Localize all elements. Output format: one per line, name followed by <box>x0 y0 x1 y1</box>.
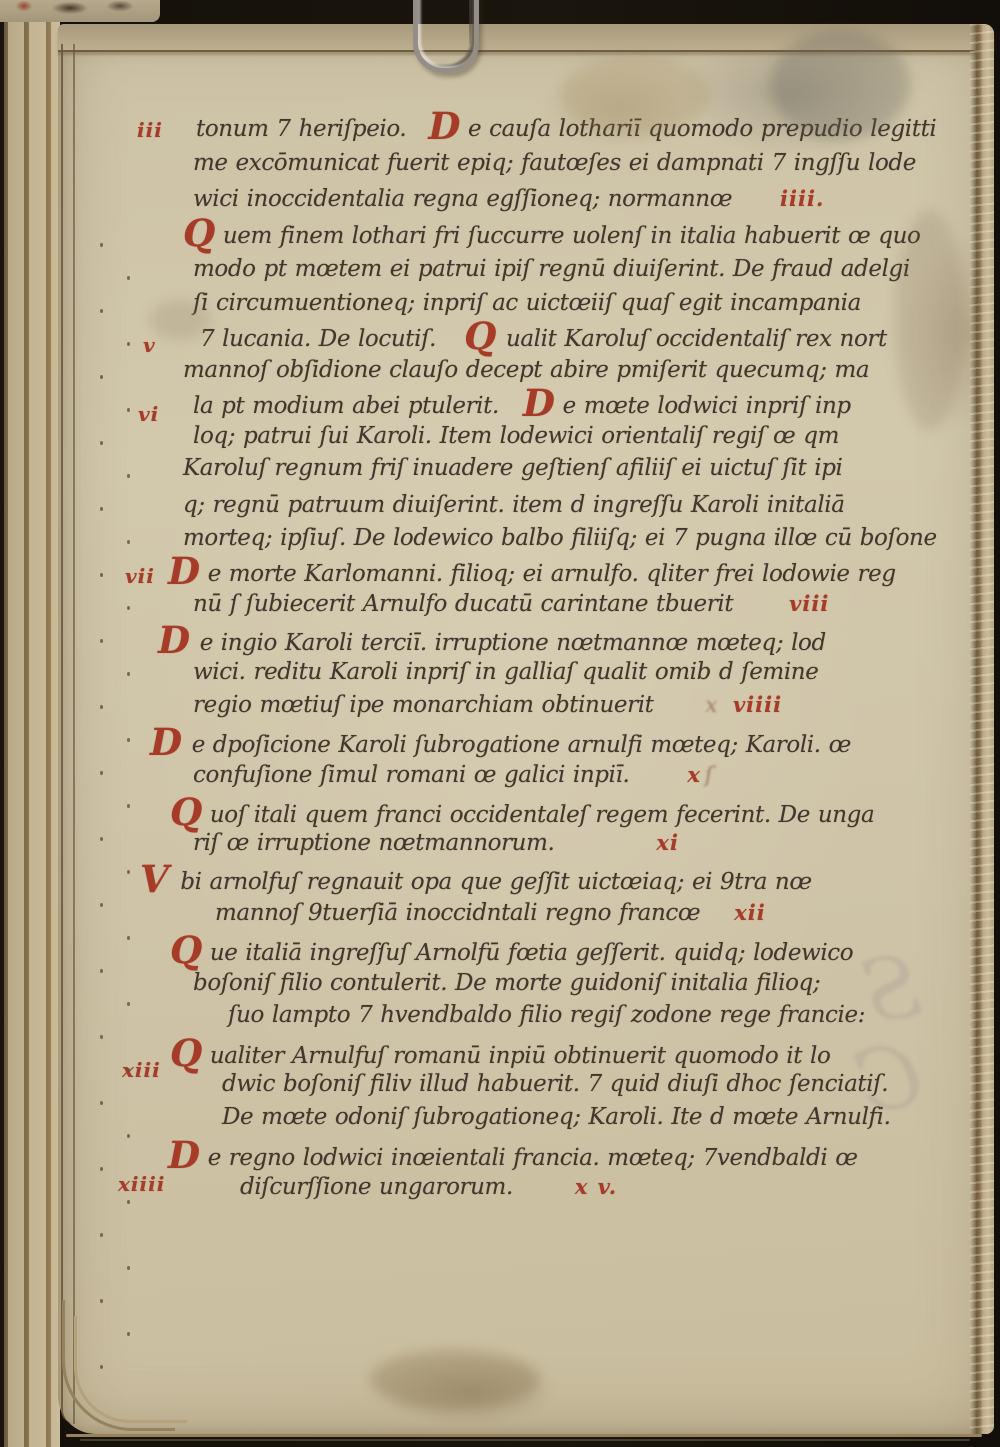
text-line: modo pt mœtem ei patrui ipiſ regnū diuiſ… <box>193 256 910 282</box>
pricking-dot <box>100 573 103 577</box>
pricking-dot <box>100 1167 103 1171</box>
rubric-initial: Q <box>170 802 202 822</box>
line-text: nū ſ ſubiecerit Arnulfo ducatū carintane… <box>193 591 733 617</box>
pricking-dot <box>127 1002 130 1006</box>
text-line: tonum 7 heriſpeio.De cauſa lothariī quom… <box>196 113 936 142</box>
text-line: Que italiā ingreſſuſ Arnolfū fœtia geſſe… <box>170 937 853 966</box>
text-line: Karoluſ regnum friſ inuadere geſtienſ af… <box>183 455 842 481</box>
manuscript-page: iiitonum 7 heriſpeio.De cauſa lothariī q… <box>58 24 994 1434</box>
pricking-dot <box>127 1266 130 1270</box>
line-text: ſuo lampto 7 hvendbaldo filio regiſ zodo… <box>228 1002 865 1028</box>
text-line: 7 lucania. De locutiſ.Qualit Karoluſ occ… <box>200 323 887 352</box>
chapter-number-margin: xiiii <box>118 1172 165 1196</box>
page-right-edge <box>970 24 994 1434</box>
pricking-dot <box>100 507 103 511</box>
pricking-dot <box>100 903 103 907</box>
page-top-edge <box>58 24 994 52</box>
text-line: mannoſ obſidione clauſo decept abire pmi… <box>183 357 869 383</box>
line-text: wici inoccidentalia regna egſſioneq; nor… <box>193 186 732 212</box>
rubric-initial: Q <box>170 1043 202 1063</box>
line-text: ualit Karoluſ occidentaliſ rex nort <box>506 326 887 352</box>
pricking-dot <box>127 1068 130 1072</box>
line-text: uoſ itali quem franci occidentaleſ regem… <box>210 802 874 828</box>
bottom-page-edge <box>66 1434 982 1437</box>
chapter-number-margin: v <box>143 333 156 357</box>
pricking-dot <box>100 1035 103 1039</box>
line-text: confuſione ſimul romani œ galici inpiī. <box>193 762 629 788</box>
text-line: De ingio Karoli terciī. irruptione nœtma… <box>158 627 826 656</box>
chapter-number-margin: iii <box>137 118 163 142</box>
line-text: morteq; ipſiuſ. De lodewico balbo filiiſ… <box>183 525 937 551</box>
text-line: loq; patrui ſui Karoli. Item lodewici or… <box>193 423 839 449</box>
line-text: boſoniſ filio contulerit. De morte guido… <box>193 970 820 996</box>
line-text: e cauſa lothariī quomodo prepudio legitt… <box>468 116 936 142</box>
bottom-page-shadow <box>80 1439 970 1441</box>
line-text: regio mœtiuſ ipe monarchiam obtinuerit <box>193 692 654 718</box>
line-text: Karoluſ regnum friſ inuadere geſtienſ af… <box>183 455 842 481</box>
pricking-dot <box>127 936 130 940</box>
rubric-initial: D <box>428 116 460 136</box>
text-line: Quoſ itali quem franci occidentaleſ rege… <box>170 799 874 828</box>
pricking-dot <box>100 243 103 247</box>
rubric-initial: D <box>168 561 200 581</box>
pricking-dot <box>100 1233 103 1237</box>
text-line: me excōmunicat fuerit epiq; fautœſes ei … <box>193 150 916 176</box>
text-line: Vbi arnolfuſ regnauit opa que geſſit uic… <box>140 866 812 895</box>
text-line: confuſione ſimul romani œ galici inpiī.x… <box>193 762 712 788</box>
line-text: e regno lodwici inœientali francia. mœte… <box>208 1145 858 1171</box>
pricking-dot <box>127 276 130 280</box>
pricking-dot <box>127 1134 130 1138</box>
pricking-dot <box>127 408 130 412</box>
chapter-number-inline: x <box>687 762 701 787</box>
pricking-dot <box>100 705 103 709</box>
chapter-number-margin: vi <box>138 402 159 426</box>
line-text: wici. reditu Karoli inpriſ in galliaſ qu… <box>193 659 818 685</box>
pricking-dot <box>100 441 103 445</box>
line-text: dwic boſoniſ filiv illud habuerit. 7 qui… <box>222 1071 888 1097</box>
text-line: ſuo lampto 7 hvendbaldo filio regiſ zodo… <box>228 1002 865 1028</box>
pricking-dot <box>100 837 103 841</box>
line-text: loq; patrui ſui Karoli. Item lodewici or… <box>193 423 839 449</box>
pricking-dot <box>127 540 130 544</box>
line-text: tonum 7 heriſpeio. <box>196 116 406 142</box>
chapter-number-inline: viii <box>789 591 829 616</box>
line-text: la pt modium abei ptulerit. <box>193 393 499 419</box>
rubric-initial: Q <box>464 326 496 346</box>
pricking-dot <box>127 672 130 676</box>
pricking-dot <box>100 771 103 775</box>
text-line: morteq; ipſiuſ. De lodewico balbo filiiſ… <box>183 525 937 551</box>
rubric-initial: V <box>140 869 168 889</box>
text-line: ſi circumuentioneq; inpriſ ac uictœiiſ q… <box>193 290 861 316</box>
line-text: ue italiā ingreſſuſ Arnolfū fœtia geſſer… <box>210 940 853 966</box>
text-line: q; regnū patruum diuiſerint. item d ingr… <box>183 492 845 518</box>
text-line: Quem finem lothari fri ſuccurre uolenſ i… <box>183 220 920 249</box>
text-line: Qualiter Arnulfuſ romanū inpiū obtinueri… <box>170 1040 830 1069</box>
line-text: q; regnū patruum diuiſerint. item d ingr… <box>183 492 845 518</box>
rubric-initial: D <box>150 732 182 752</box>
text-line: De dpoſicione Karoli ſubrogatione arnulf… <box>150 729 851 758</box>
text-line: wici. reditu Karoli inpriſ in galliaſ qu… <box>193 659 818 685</box>
text-line: dwic boſoniſ filiv illud habuerit. 7 qui… <box>222 1071 888 1097</box>
pricking-dot <box>127 1200 130 1204</box>
text-line: riſ œ irruptione nœtmannorum.xi <box>193 830 679 856</box>
prev-page-fragment <box>0 0 160 22</box>
line-text: mannoſ obſidione clauſo decept abire pmi… <box>183 357 869 383</box>
line-text: me excōmunicat fuerit epiq; fautœſes ei … <box>193 150 916 176</box>
line-text: ualiter Arnulfuſ romanū inpiū obtinuerit… <box>210 1043 831 1069</box>
line-text: De mœte odoniſ ſubrogationeq; Karoli. It… <box>222 1104 891 1130</box>
chapter-number-inline: x v. <box>575 1174 617 1199</box>
pricking-dot <box>127 804 130 808</box>
pricking-dot <box>100 639 103 643</box>
text-line: diſcurſſione ungarorum.x v. <box>240 1174 617 1200</box>
chapter-number-inline: viiii <box>733 692 782 717</box>
pricking-dot <box>100 375 103 379</box>
text-line: boſoniſ filio contulerit. De morte guido… <box>193 970 820 996</box>
line-text: riſ œ irruptione nœtmannorum. <box>193 830 554 856</box>
text-line: mannoſ 9tuerſiā inoccidntali regno franc… <box>215 900 766 926</box>
line-text: e morte Karlomanni. filioq; ei arnulfo. … <box>208 561 896 587</box>
chapter-number-inline: iiii. <box>780 186 824 211</box>
line-text: e dpoſicione Karoli ſubrogatione arnulfi… <box>192 732 851 758</box>
text-line: la pt modium abei ptulerit.De mœte lodwi… <box>193 390 851 419</box>
pricking-dot <box>127 606 130 610</box>
pricking-dot <box>100 1365 103 1369</box>
pricking-dot <box>100 969 103 973</box>
pricking-dot <box>127 870 130 874</box>
pricking-dot <box>100 1299 103 1303</box>
chapter-number-inline: xi <box>656 830 679 855</box>
text-line: nū ſ ſubiecerit Arnulfo ducatū carintane… <box>193 591 829 617</box>
text-line: De morte Karlomanni. filioq; ei arnulfo.… <box>168 558 896 587</box>
faded-rubric-mark: x <box>706 693 717 717</box>
pricking-dot <box>127 1332 130 1336</box>
line-text: 7 lucania. De locutiſ. <box>200 326 436 352</box>
text-line: regio mœtiuſ ipe monarchiam obtinueritxv… <box>193 692 782 718</box>
line-text: ſi circumuentioneq; inpriſ ac uictœiiſ q… <box>193 290 861 316</box>
book-gutter-edges <box>0 0 60 1447</box>
pricking-dot <box>100 1101 103 1105</box>
paper-clip <box>413 0 479 73</box>
line-text: e mœte lodwici inpriſ inp <box>563 393 851 419</box>
rubric-initial: D <box>523 393 555 413</box>
text-line: De mœte odoniſ ſubrogationeq; Karoli. It… <box>222 1104 891 1130</box>
text-line: wici inoccidentalia regna egſſioneq; nor… <box>193 186 824 212</box>
line-text: bi arnolfuſ regnauit opa que geſſit uict… <box>180 869 811 895</box>
rubric-initial: D <box>168 1145 200 1165</box>
faded-rubric-mark: ſ <box>705 763 712 787</box>
line-text: e ingio Karoli terciī. irruptione nœtman… <box>200 630 826 656</box>
line-text: uem finem lothari fri ſuccurre uolenſ in… <box>223 223 921 249</box>
chapter-number-margin: vii <box>125 564 155 588</box>
chapter-number-inline: xii <box>734 900 765 925</box>
pricking-dot <box>100 309 103 313</box>
rubric-initial: Q <box>183 223 215 243</box>
pricking-dot <box>127 342 130 346</box>
left-ruling-fold <box>61 44 75 1424</box>
rubric-initial: D <box>158 630 190 650</box>
pricking-dot <box>127 474 130 478</box>
line-text: modo pt mœtem ei patrui ipiſ regnū diuiſ… <box>193 256 910 282</box>
pricking-dot <box>127 738 130 742</box>
text-line: De regno lodwici inœientali francia. mœt… <box>168 1142 858 1171</box>
rubric-initial: Q <box>170 940 202 960</box>
manuscript-photo: { "colors": { "ink": "#43362c", "rubric"… <box>0 0 1000 1447</box>
line-text: diſcurſſione ungarorum. <box>240 1174 513 1200</box>
line-text: mannoſ 9tuerſiā inoccidntali regno franc… <box>215 900 700 926</box>
